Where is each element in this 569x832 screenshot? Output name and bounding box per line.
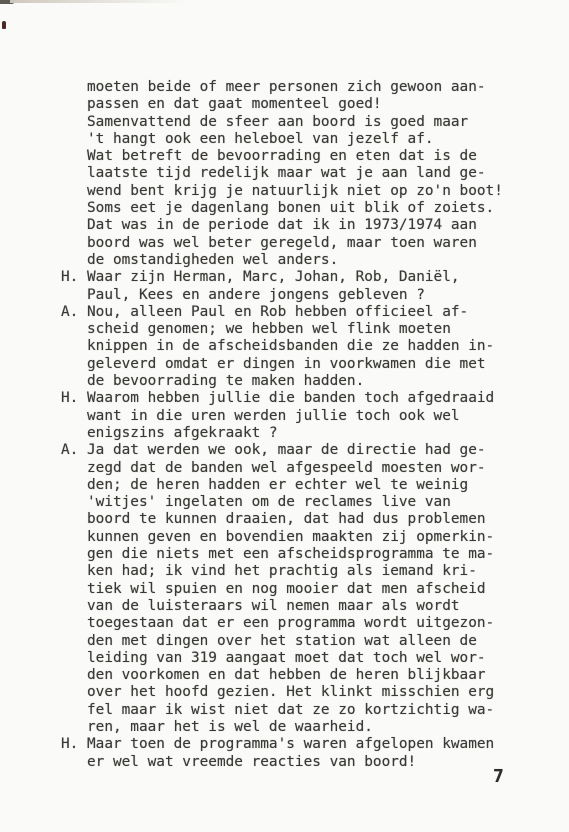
document-page: moeten beide of meer personen zich gewoo… <box>0 0 569 832</box>
typewritten-text: moeten beide of meer personen zich gewoo… <box>61 79 503 771</box>
page-number: 7 <box>493 766 504 787</box>
ink-speck <box>2 21 6 29</box>
scan-edge-artifact-light <box>10 0 188 3</box>
